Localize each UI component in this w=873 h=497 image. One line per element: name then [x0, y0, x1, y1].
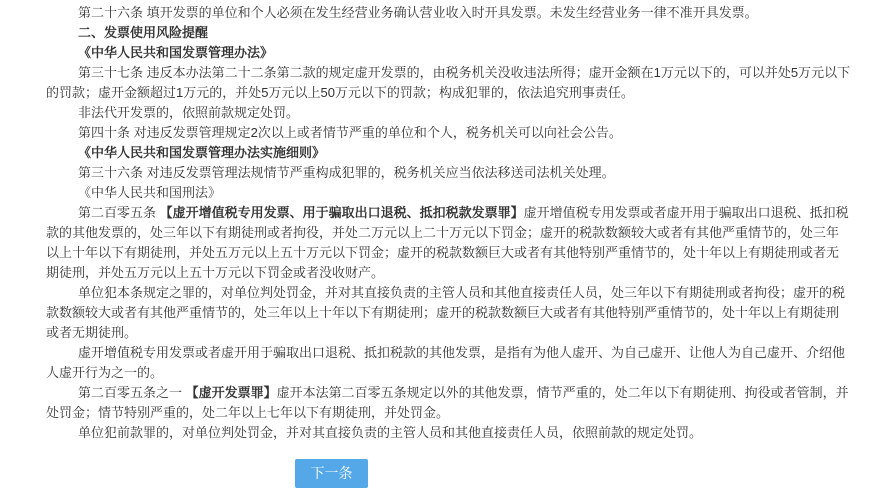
law-title-criminal-law-text: 《中华人民共和国刑法》 [78, 185, 221, 200]
article-205-para-3-text: 虚开增值税专用发票或者虚开用于骗取出口退税、抵扣税款的其他发票，是指有为他人虚开… [46, 345, 845, 380]
article-205-1-text: 第二百零五条之一 [78, 385, 186, 400]
article-205-para-2: 单位犯本条规定之罪的，对单位判处罚金，并对其直接负责的主管人员和其他直接责任人员… [46, 283, 851, 343]
law-title-invoice-management-measures: 《中华人民共和国发票管理办法》 [46, 43, 851, 63]
article-205-1: 第二百零五条之一 【虚开发票罪】虚开本法第二百零五条规定以外的其他发票，情节严重… [46, 383, 851, 423]
law-title-implementation-rules: 《中华人民共和国发票管理办法实施细则》 [46, 143, 851, 163]
document-body: 第二十六条 填开发票的单位和个人必须在发生经营业务确认营业收入时开具发票。未发生… [0, 0, 873, 443]
article-26-text: 第二十六条 填开发票的单位和个人必须在发生经营业务确认营业收入时开具发票。未发生… [78, 5, 758, 20]
article-40: 第四十条 对违反发票管理规定2次以上或者情节严重的单位和个人，税务机关可以向社会… [46, 123, 851, 143]
law-title-criminal-law: 《中华人民共和国刑法》 [46, 183, 851, 203]
article-205-1-bold-text: 【虚开发票罪】 [186, 385, 277, 400]
article-205-text: 第二百零五条 [78, 205, 160, 220]
law-title-implementation-rules-bold-text: 《中华人民共和国发票管理办法实施细则》 [78, 145, 325, 160]
article-37-text: 第三十七条 违反本办法第二十二条第二款的规定虚开发票的，由税务机关没收违法所得；… [46, 65, 850, 100]
legal-notice-page: 第二十六条 填开发票的单位和个人必须在发生经营业务确认营业收入时开具发票。未发生… [0, 0, 873, 497]
article-205-para-3: 虚开增值税专用发票或者虚开用于骗取出口退税、抵扣税款的其他发票，是指有为他人虚开… [46, 343, 851, 383]
article-40-text: 第四十条 对违反发票管理规定2次以上或者情节严重的单位和个人，税务机关可以向社会… [78, 125, 622, 140]
article-205-para-2-text: 单位犯本条规定之罪的，对单位判处罚金，并对其直接负责的主管人员和其他直接责任人员… [46, 285, 845, 340]
article-205-bold-text: 【虚开增值税专用发票、用于骗取出口退税、抵扣税款发票罪】 [160, 205, 524, 220]
article-36: 第三十六条 对违反发票管理法规情节严重构成犯罪的，税务机关应当依法移送司法机关处… [46, 163, 851, 183]
article-205-1-para-2-text: 单位犯前款罪的，对单位判处罚金，并对其直接负责的主管人员和其他直接责任人员，依照… [78, 425, 702, 440]
button-row: 下一条 [295, 459, 873, 488]
article-37-para-2-text: 非法代开发票的，依照前款规定处罚。 [78, 105, 299, 120]
section-heading-invoice-risk: 二、发票使用风险提醒 [46, 23, 851, 43]
article-205: 第二百零五条 【虚开增值税专用发票、用于骗取出口退税、抵扣税款发票罪】虚开增值税… [46, 203, 851, 283]
article-205-1-para-2: 单位犯前款罪的，对单位判处罚金，并对其直接负责的主管人员和其他直接责任人员，依照… [46, 423, 851, 443]
article-37-para-2: 非法代开发票的，依照前款规定处罚。 [46, 103, 851, 123]
article-26: 第二十六条 填开发票的单位和个人必须在发生经营业务确认营业收入时开具发票。未发生… [46, 3, 851, 23]
article-37: 第三十七条 违反本办法第二十二条第二款的规定虚开发票的，由税务机关没收违法所得；… [46, 63, 851, 103]
section-heading-invoice-risk-bold-text: 二、发票使用风险提醒 [78, 25, 208, 40]
law-title-invoice-management-measures-bold-text: 《中华人民共和国发票管理办法》 [78, 45, 273, 60]
article-36-text: 第三十六条 对违反发票管理法规情节严重构成犯罪的，税务机关应当依法移送司法机关处… [78, 165, 615, 180]
next-item-button[interactable]: 下一条 [295, 459, 368, 488]
